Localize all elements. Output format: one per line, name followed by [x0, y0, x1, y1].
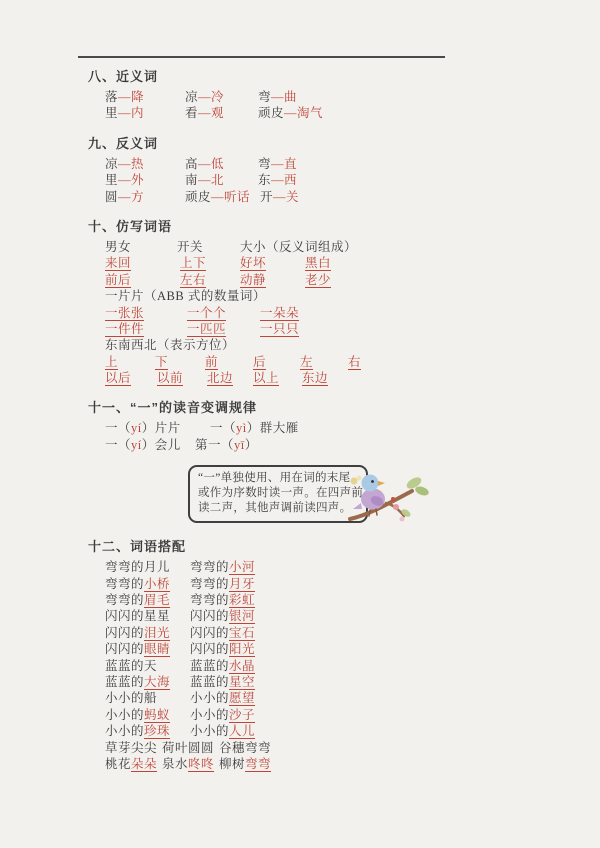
word-cell: 谷穗弯弯 [219, 740, 271, 756]
word-cell: 一（yì）群大雁 [210, 420, 299, 436]
prompt-word: 弯 [258, 90, 271, 104]
prompt-word: 弯弯的 [105, 593, 144, 607]
word-cell: 小小的蚂蚁 [105, 707, 190, 723]
prompt-word: 弯 [258, 157, 271, 171]
word-cell: 弯弯的眉毛 [105, 592, 190, 608]
prompt-word: ）片片 [142, 421, 181, 435]
section-synonyms: 八、近义词 落—降凉—冷弯—曲里—内看—观顽皮—淘气 [88, 68, 563, 122]
prompt-word: 小小的 [190, 724, 229, 738]
word-cell: 东—西 [258, 172, 297, 188]
word-row: 来回上下好坏黑白 [105, 255, 563, 271]
answer-word: 阳光 [229, 642, 255, 656]
prompt-word: 蓝蓝的 [190, 659, 229, 673]
prompt-word: 顽皮 [258, 106, 284, 120]
word-cell: 闪闪的泪光 [105, 625, 190, 641]
prompt-word: 柳树 [219, 757, 245, 771]
prompt-word: 凉 [185, 90, 198, 104]
prompt-word: 凉 [105, 157, 118, 171]
answer-word: 以前 [157, 371, 183, 385]
answer-word: —降 [118, 90, 144, 104]
answer-word: 朵朵 [131, 757, 157, 771]
word-cell: 一件件 [105, 321, 187, 337]
word-cell: 闪闪的星星 [105, 608, 190, 624]
bird-illustration [346, 469, 430, 533]
prompt-word: 弯弯的 [105, 577, 144, 591]
answer-word: 星空 [229, 675, 255, 689]
prompt-word: 小小的 [105, 708, 144, 722]
word-row: 小小的船小小的愿望 [105, 690, 563, 706]
word-cell: 弯—曲 [258, 89, 297, 105]
answer-word: 左 [300, 355, 313, 369]
word-cell: 小小的珍珠 [105, 723, 190, 739]
answer-word: 眉毛 [144, 593, 170, 607]
top-rule [78, 56, 445, 58]
word-cell: 前后 [105, 272, 180, 288]
word-cell: 里—外 [105, 172, 185, 188]
answer-word: 下 [155, 355, 168, 369]
word-row: 前后左右动静老少 [105, 272, 563, 288]
document-page: 八、近义词 落—降凉—冷弯—曲里—内看—观顽皮—淘气 九、反义词 凉—热高—低弯… [0, 0, 600, 848]
word-cell: 北边 [207, 370, 253, 386]
answer-word: —外 [118, 173, 144, 187]
answer-word: 左右 [180, 273, 206, 287]
prompt-word: 东 [258, 173, 271, 187]
word-cell: 一（yí）片片 [105, 420, 210, 436]
word-cell: 闪闪的银河 [190, 608, 255, 624]
prompt-word: 里 [105, 173, 118, 187]
note-text-line: 或作为序数时读一声。在四声前 [198, 486, 359, 501]
word-cell: 弯弯的小桥 [105, 576, 190, 592]
answer-word: 前 [205, 355, 218, 369]
word-row: 里—外南—北东—西 [105, 172, 563, 188]
word-cell: 东南西北（表示方位） [105, 337, 235, 353]
answer-word: —观 [198, 106, 224, 120]
word-rows: 男女开关大小（反义词组成）来回上下好坏黑白前后左右动静老少一片片（ABB 式的数… [105, 239, 563, 387]
word-cell: 圆—方 [105, 189, 185, 205]
word-cell: 好坏 [240, 255, 305, 271]
prompt-word: 闪闪的 [190, 642, 229, 656]
answer-word: 沙子 [229, 708, 255, 722]
answer-word: 东边 [302, 371, 328, 385]
prompt-word: 谷穗弯弯 [219, 741, 271, 755]
word-cell: 东边 [302, 370, 328, 386]
answer-word: 一件件 [105, 322, 144, 336]
word-row: 一件件一匹匹一只只 [105, 321, 563, 337]
prompt-word: 弯弯的 [190, 593, 229, 607]
word-row: 闪闪的泪光闪闪的宝石 [105, 625, 563, 641]
answer-word: —内 [118, 106, 144, 120]
section-title: 十一、“一”的读音变调规律 [88, 399, 563, 417]
prompt-word: 开关 [177, 240, 203, 254]
word-cell: 蓝蓝的天 [105, 658, 190, 674]
word-cell: 来回 [105, 255, 180, 271]
answer-word: yì [236, 421, 247, 435]
word-cell: 左右 [180, 272, 240, 288]
word-row: 落—降凉—冷弯—曲 [105, 89, 563, 105]
answer-word: 以后 [105, 371, 131, 385]
prompt-word: ）群大雁 [247, 421, 299, 435]
word-cell: 第一（yī） [195, 437, 258, 453]
word-row: 弯弯的月儿弯弯的小河 [105, 559, 563, 575]
word-row: 一（yí）片片一（yì）群大雁 [105, 420, 563, 436]
section-antonyms: 九、反义词 凉—热高—低弯—直里—外南—北东—西圆—方顽皮—听话开—关 [88, 135, 563, 205]
word-cell: 落—降 [105, 89, 185, 105]
word-row: 蓝蓝的大海蓝蓝的星空 [105, 674, 563, 690]
prompt-word: 第一（ [195, 438, 234, 452]
answer-word: —低 [198, 157, 224, 171]
section-title: 十、仿写词语 [88, 218, 563, 236]
prompt-word: 开 [260, 190, 273, 204]
word-cell: 前 [205, 354, 253, 370]
answer-word: 上 [105, 355, 118, 369]
tone-rule-note: “一”单独使用、用在词的末尾 或作为序数时读一声。在四声前 读二声，其他声调前读… [188, 465, 448, 525]
word-cell: 下 [155, 354, 205, 370]
prompt-word: 看 [185, 106, 198, 120]
prompt-word: 桃花 [105, 757, 131, 771]
section-title: 八、近义词 [88, 68, 563, 86]
word-cell: 上 [105, 354, 155, 370]
answer-word: 眼睛 [144, 642, 170, 656]
note-box: “一”单独使用、用在词的末尾 或作为序数时读一声。在四声前 读二声，其他声调前读… [188, 465, 368, 522]
word-cell: 闪闪的阳光 [190, 641, 255, 657]
prompt-word: 蓝蓝的天 [105, 659, 157, 673]
prompt-word: 蓝蓝的 [105, 675, 144, 689]
word-cell: 顽皮—听话 [185, 189, 260, 205]
word-cell: 男女 [105, 239, 177, 255]
answer-word: 以上 [253, 371, 279, 385]
answer-word: —曲 [271, 90, 297, 104]
prompt-word: 南 [185, 173, 198, 187]
word-cell: 高—低 [185, 156, 258, 172]
answer-word: 咚咚 [188, 757, 214, 771]
answer-word: yí [131, 421, 142, 435]
word-cell: 一只只 [260, 321, 299, 337]
word-cell: 荷叶圆圆 [162, 740, 219, 756]
word-cell: 柳树弯弯 [219, 756, 271, 772]
prompt-word: 闪闪的 [190, 626, 229, 640]
section-tone-rules: 十一、“一”的读音变调规律 一（yí）片片一（yì）群大雁一（yí）会儿第一（y… [88, 399, 563, 525]
prompt-word: 闪闪的 [190, 609, 229, 623]
word-cell: 左 [300, 354, 348, 370]
word-cell: 弯弯的月儿 [105, 559, 190, 575]
word-cell: 弯弯的小河 [190, 559, 255, 575]
word-cell: 小小的人儿 [190, 723, 255, 739]
prompt-word: 顽皮 [185, 190, 211, 204]
word-cell: 一个个 [187, 305, 260, 321]
answer-word: 一只只 [260, 322, 299, 336]
answer-word: —西 [271, 173, 297, 187]
word-row: 草芽尖尖荷叶圆圆谷穗弯弯 [105, 740, 563, 756]
word-cell: 以后 [105, 370, 157, 386]
word-cell: 大小（反义词组成） [240, 239, 357, 255]
prompt-word: 男女 [105, 240, 131, 254]
word-cell: 开关 [177, 239, 240, 255]
word-cell: 老少 [305, 272, 331, 288]
prompt-word: 闪闪的 [105, 642, 144, 656]
answer-word: 宝石 [229, 626, 255, 640]
word-cell: 后 [253, 354, 300, 370]
section-word-imitation: 十、仿写词语 男女开关大小（反义词组成）来回上下好坏黑白前后左右动静老少一片片（… [88, 218, 563, 387]
answer-word: —方 [118, 190, 144, 204]
word-row: 男女开关大小（反义词组成） [105, 239, 563, 255]
note-text-line: “一”单独使用、用在词的末尾 [198, 471, 359, 486]
answer-word: 人儿 [229, 724, 255, 738]
word-row: 弯弯的小桥弯弯的月牙 [105, 576, 563, 592]
prompt-word: 落 [105, 90, 118, 104]
prompt-word: 小小的船 [105, 691, 157, 705]
answer-word: 后 [253, 355, 266, 369]
word-cell: 以上 [253, 370, 302, 386]
word-cell: 开—关 [260, 189, 299, 205]
word-cell: 弯弯的彩虹 [190, 592, 255, 608]
word-row: 闪闪的星星闪闪的银河 [105, 608, 563, 624]
answer-word: 愿望 [229, 691, 255, 705]
word-row: 凉—热高—低弯—直 [105, 156, 563, 172]
word-cell: 闪闪的眼睛 [105, 641, 190, 657]
section-title: 十二、词语搭配 [88, 538, 563, 556]
word-cell: 南—北 [185, 172, 258, 188]
word-cell: 蓝蓝的星空 [190, 674, 255, 690]
word-row: 一片片（ABB 式的数量词） [105, 288, 563, 304]
word-row: 圆—方顽皮—听话开—关 [105, 189, 563, 205]
answer-word: 一匹匹 [187, 322, 226, 336]
word-cell: 小小的船 [105, 690, 190, 706]
answer-word: 水晶 [229, 659, 255, 673]
answer-word: —淘气 [284, 106, 323, 120]
answer-word: 动静 [240, 273, 266, 287]
word-row: 弯弯的眉毛弯弯的彩虹 [105, 592, 563, 608]
word-cell: 小小的愿望 [190, 690, 255, 706]
prompt-word: 小小的 [190, 708, 229, 722]
prompt-word: 小小的 [105, 724, 144, 738]
document-content: 八、近义词 落—降凉—冷弯—曲里—内看—观顽皮—淘气 九、反义词 凉—热高—低弯… [88, 68, 563, 785]
word-cell: 弯—直 [258, 156, 297, 172]
prompt-word: 弯弯的 [190, 560, 229, 574]
word-cell: 上下 [180, 255, 240, 271]
answer-word: —北 [198, 173, 224, 187]
word-cell: 看—观 [185, 105, 258, 121]
word-row: 一（yí）会儿第一（yī） [105, 437, 563, 453]
word-cell: 顽皮—淘气 [258, 105, 323, 121]
word-cell: 一（yí）会儿 [105, 437, 195, 453]
answer-word: 右 [348, 355, 361, 369]
answer-word: 蚂蚁 [144, 708, 170, 722]
answer-word: 弯弯 [245, 757, 271, 771]
word-row: 蓝蓝的天蓝蓝的水晶 [105, 658, 563, 674]
prompt-word: 草芽尖尖 [105, 741, 157, 755]
answer-word: 月牙 [229, 577, 255, 591]
word-cell: 里—内 [105, 105, 185, 121]
answer-word: 珍珠 [144, 724, 170, 738]
prompt-word: 东南西北（表示方位） [105, 338, 235, 352]
answer-word: 上下 [180, 256, 206, 270]
answer-word: 大海 [144, 675, 170, 689]
word-row: 一张张一个个一朵朵 [105, 305, 563, 321]
answer-word: 泪光 [144, 626, 170, 640]
word-row: 东南西北（表示方位） [105, 337, 563, 353]
word-row: 以后以前北边以上东边 [105, 370, 563, 386]
answer-word: —听话 [211, 190, 250, 204]
word-cell: 黑白 [305, 255, 331, 271]
answer-word: 黑白 [305, 256, 331, 270]
word-cell: 桃花朵朵 [105, 756, 162, 772]
answer-word: —热 [118, 157, 144, 171]
word-cell: 凉—冷 [185, 89, 258, 105]
note-text-line: 读二声，其他声调前读四声。 [198, 501, 359, 516]
section-word-collocation: 十二、词语搭配 弯弯的月儿弯弯的小河弯弯的小桥弯弯的月牙弯弯的眉毛弯弯的彩虹闪闪… [88, 538, 563, 772]
word-cell: 一朵朵 [260, 305, 299, 321]
word-cell: 蓝蓝的水晶 [190, 658, 255, 674]
prompt-word: 一（ [105, 421, 131, 435]
prompt-word: 小小的 [190, 691, 229, 705]
prompt-word: 弯弯的 [190, 577, 229, 591]
prompt-word: 荷叶圆圆 [162, 741, 214, 755]
word-cell: 以前 [157, 370, 207, 386]
answer-word: 一张张 [105, 306, 144, 320]
prompt-word: 弯弯的月儿 [105, 560, 170, 574]
word-cell: 一匹匹 [187, 321, 260, 337]
prompt-word: ） [245, 438, 258, 452]
prompt-word: 高 [185, 157, 198, 171]
answer-word: —直 [271, 157, 297, 171]
answer-word: yí [131, 438, 142, 452]
word-cell: 一片片（ABB 式的数量词） [105, 288, 266, 304]
word-cell: 凉—热 [105, 156, 185, 172]
word-row: 里—内看—观顽皮—淘气 [105, 105, 563, 121]
word-cell: 闪闪的宝石 [190, 625, 255, 641]
word-rows: 弯弯的月儿弯弯的小河弯弯的小桥弯弯的月牙弯弯的眉毛弯弯的彩虹闪闪的星星闪闪的银河… [105, 559, 563, 772]
answer-word: 一朵朵 [260, 306, 299, 320]
answer-word: 前后 [105, 273, 131, 287]
word-row: 小小的蚂蚁小小的沙子 [105, 707, 563, 723]
word-cell: 草芽尖尖 [105, 740, 162, 756]
prompt-word: ）会儿 [142, 438, 181, 452]
answer-word: 一个个 [187, 306, 226, 320]
prompt-word: 大小（反义词组成） [240, 240, 357, 254]
word-row: 小小的珍珠小小的人儿 [105, 723, 563, 739]
answer-word: yī [234, 438, 245, 452]
word-cell: 一张张 [105, 305, 187, 321]
word-row: 桃花朵朵泉水咚咚柳树弯弯 [105, 756, 563, 772]
answer-word: 老少 [305, 273, 331, 287]
answer-word: —关 [273, 190, 299, 204]
answer-word: 北边 [207, 371, 233, 385]
word-cell: 小小的沙子 [190, 707, 255, 723]
prompt-word: 一（ [210, 421, 236, 435]
answer-word: 小桥 [144, 577, 170, 591]
prompt-word: 圆 [105, 190, 118, 204]
word-cell: 弯弯的月牙 [190, 576, 255, 592]
answer-word: 银河 [229, 609, 255, 623]
prompt-word: 蓝蓝的 [190, 675, 229, 689]
answer-word: 小河 [229, 560, 255, 574]
prompt-word: 闪闪的星星 [105, 609, 170, 623]
prompt-word: 闪闪的 [105, 626, 144, 640]
word-cell: 右 [348, 354, 361, 370]
prompt-word: 泉水 [162, 757, 188, 771]
prompt-word: 一片片（ABB 式的数量词） [105, 289, 266, 303]
word-cell: 蓝蓝的大海 [105, 674, 190, 690]
section-title: 九、反义词 [88, 135, 563, 153]
answer-word: 好坏 [240, 256, 266, 270]
word-row: 闪闪的眼睛闪闪的阳光 [105, 641, 563, 657]
prompt-word: 里 [105, 106, 118, 120]
word-cell: 动静 [240, 272, 305, 288]
prompt-word: 一（ [105, 438, 131, 452]
word-row: 上下前后左右 [105, 354, 563, 370]
word-rows: 一（yí）片片一（yì）群大雁一（yí）会儿第一（yī） [105, 420, 563, 453]
answer-word: 来回 [105, 256, 131, 270]
answer-word: —冷 [198, 90, 224, 104]
answer-word: 彩虹 [229, 593, 255, 607]
word-cell: 泉水咚咚 [162, 756, 219, 772]
word-rows: 落—降凉—冷弯—曲里—内看—观顽皮—淘气 [105, 89, 563, 122]
word-rows: 凉—热高—低弯—直里—外南—北东—西圆—方顽皮—听话开—关 [105, 156, 563, 205]
